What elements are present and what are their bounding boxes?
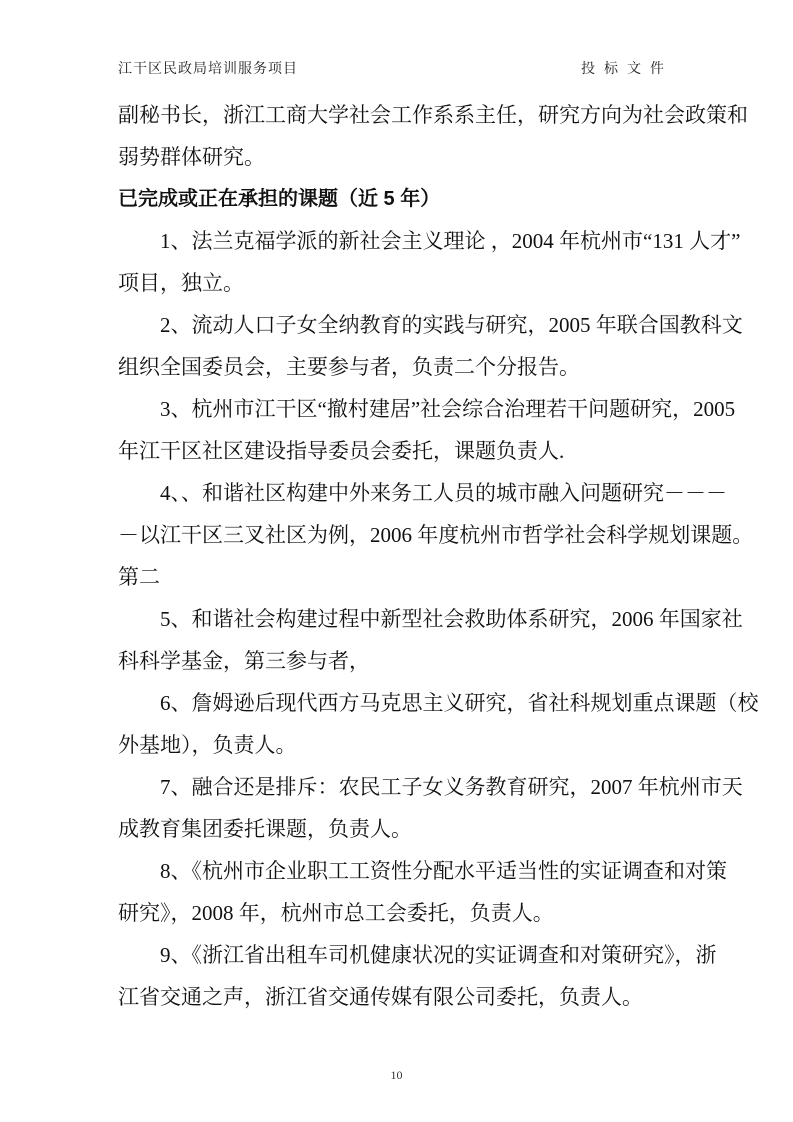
project-item-8: 8、《杭州市企业职工工资性分配水平适当性的实证调查和对策 研究》，2008 年，… [118,850,678,934]
project-item-4: 4、、和谐社区构建中外来务工人员的城市融入问题研究－－－ －以江干区三叉社区为例… [118,472,678,598]
page-number: 10 [0,1068,793,1083]
intro-line: 副秘书长，浙江工商大学社会工作系系主任，研究方向为社会政策和 [118,94,678,136]
project-line: 6、詹姆逊后现代西方马克思主义研究，省社科规划重点课题（校 [118,682,678,724]
project-line: 外基地），负责人。 [118,724,678,766]
project-line: 第二 [118,556,678,598]
project-line: 年江干区社区建设指导委员会委托，课题负责人. [118,430,678,472]
header-doc-type: 投标文件 [581,58,673,78]
project-line: 研究》，2008 年，杭州市总工会委托，负责人。 [118,892,678,934]
project-line: －以江干区三叉社区为例，2006 年度杭州市哲学社会科学规划课题。 [118,514,678,556]
project-line: 3、杭州市江干区“撤村建居”社会综合治理若干问题研究，2005 [118,388,678,430]
project-line: 2、流动人口子女全纳教育的实践与研究，2005 年联合国教科文 [118,304,678,346]
header-project-title: 江干区民政局培训服务项目 [118,58,298,78]
document-page: 江干区民政局培训服务项目 投标文件 副秘书长，浙江工商大学社会工作系系主任，研究… [0,0,793,1122]
project-item-2: 2、流动人口子女全纳教育的实践与研究，2005 年联合国教科文 组织全国委员会，… [118,304,678,388]
project-line: 7、融合还是排斥：农民工子女义务教育研究，2007 年杭州市天 [118,766,678,808]
project-item-7: 7、融合还是排斥：农民工子女义务教育研究，2007 年杭州市天 成教育集团委托课… [118,766,678,850]
project-line: 1、法兰克福学派的新社会主义理论 ，2004 年杭州市“131 人才” [118,220,678,262]
intro-line: 弱势群体研究。 [118,136,678,178]
project-line: 项目，独立。 [118,262,678,304]
project-item-6: 6、詹姆逊后现代西方马克思主义研究，省社科规划重点课题（校 外基地），负责人。 [118,682,678,766]
project-line: 科科学基金，第三参与者， [118,640,678,682]
page-header: 江干区民政局培训服务项目 投标文件 [118,58,675,80]
project-line: 8、《杭州市企业职工工资性分配水平适当性的实证调查和对策 [118,850,678,892]
project-line: 江省交通之声，浙江省交通传媒有限公司委托，负责人。 [118,976,678,1018]
project-line: 组织全国委员会，主要参与者，负责二个分报告。 [118,346,678,388]
project-line: 4、、和谐社区构建中外来务工人员的城市融入问题研究－－－ [118,472,678,514]
project-line: 成教育集团委托课题，负责人。 [118,808,678,850]
project-line: 5、和谐社会构建过程中新型社会救助体系研究，2006 年国家社 [118,598,678,640]
project-item-1: 1、法兰克福学派的新社会主义理论 ，2004 年杭州市“131 人才” 项目，独… [118,220,678,304]
project-item-3: 3、杭州市江干区“撤村建居”社会综合治理若干问题研究，2005 年江干区社区建设… [118,388,678,472]
section-heading: 已完成或正在承担的课题（近 5 年） [118,178,678,220]
project-line: 9、《浙江省出租车司机健康状况的实证调查和对策研究》，浙 [118,934,678,976]
page-body: 副秘书长，浙江工商大学社会工作系系主任，研究方向为社会政策和 弱势群体研究。 已… [118,94,678,1018]
project-item-9: 9、《浙江省出租车司机健康状况的实证调查和对策研究》，浙 江省交通之声，浙江省交… [118,934,678,1018]
project-item-5: 5、和谐社会构建过程中新型社会救助体系研究，2006 年国家社 科科学基金，第三… [118,598,678,682]
